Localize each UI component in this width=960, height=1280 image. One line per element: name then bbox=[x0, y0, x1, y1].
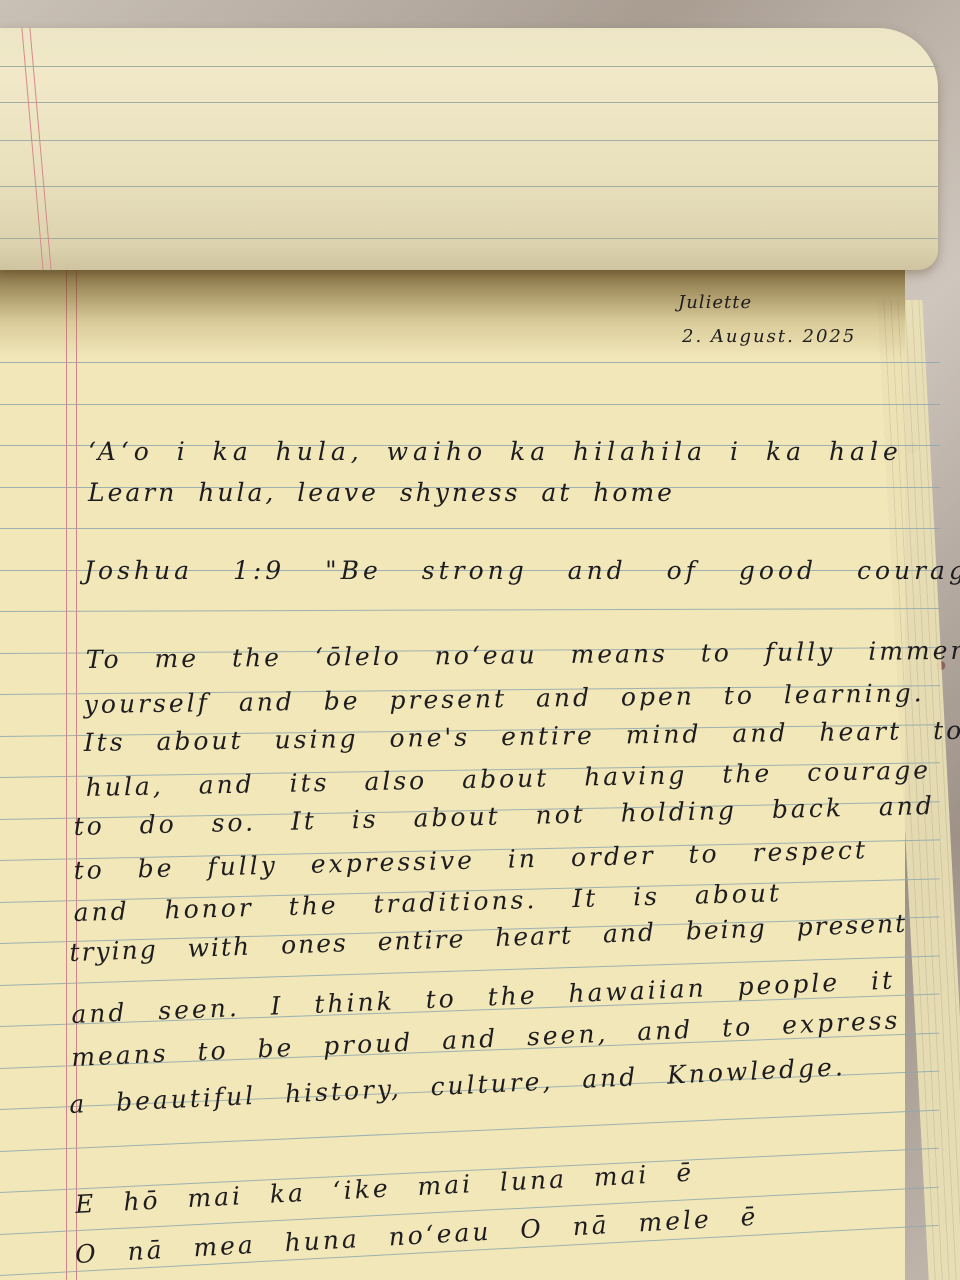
note-date: 2. August. 2025 bbox=[682, 326, 856, 347]
roll-rule bbox=[0, 140, 938, 141]
ruled-line bbox=[0, 362, 940, 363]
ruled-line bbox=[0, 404, 940, 405]
roll-rule bbox=[0, 66, 938, 67]
rolled-top-sheet bbox=[0, 28, 938, 270]
scripture-quote: Joshua 1:9 "Be strong and of good courag… bbox=[84, 556, 960, 585]
proverb-english: Learn hula, leave shyness at home bbox=[88, 478, 675, 507]
roll-rule bbox=[0, 102, 938, 103]
ruled-line bbox=[0, 528, 940, 529]
author-name: Juliette bbox=[678, 292, 752, 313]
proverb-hawaiian: ʻAʻo i ka hula, waiho ka hilahila i ka h… bbox=[88, 437, 903, 466]
roll-rule bbox=[0, 238, 938, 239]
margin-line-right bbox=[76, 268, 77, 1280]
roll-rule bbox=[0, 186, 938, 187]
margin-line-left bbox=[66, 268, 67, 1280]
